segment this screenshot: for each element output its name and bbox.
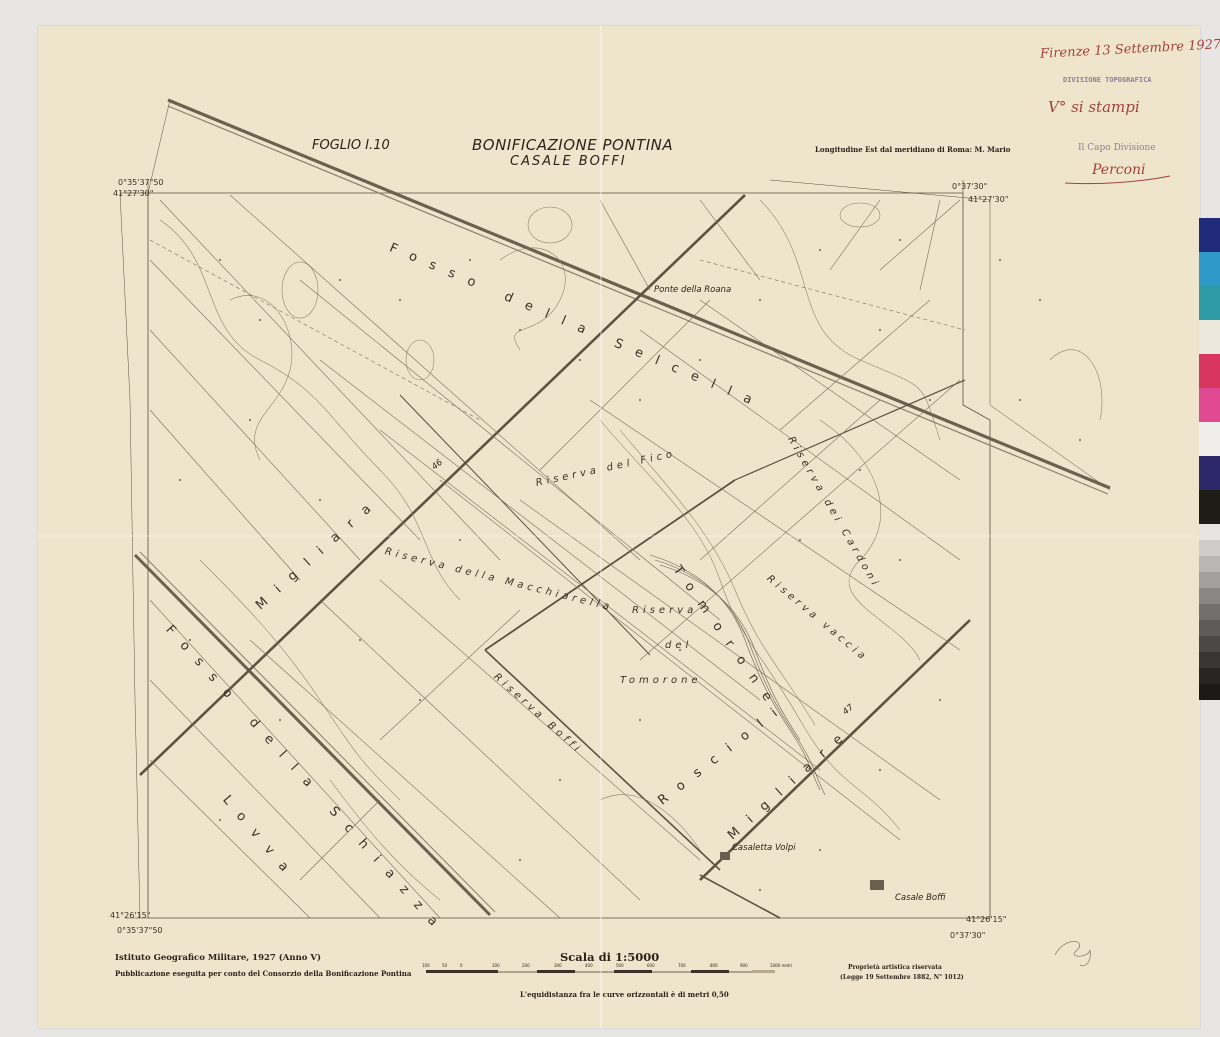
swatch (1199, 218, 1220, 252)
coord-top-left-lat: 41°27'30" (113, 189, 153, 198)
fold-line (38, 535, 1200, 537)
swatch (1199, 572, 1220, 588)
scale-tick: 0 (460, 963, 463, 968)
swatch (1199, 422, 1220, 456)
scale-title: Scala di 1:5000 (560, 950, 659, 964)
swatch (1199, 320, 1220, 354)
scale-tick: 50 (442, 963, 447, 968)
swatch (1199, 652, 1220, 668)
signature: Perconi (1092, 162, 1146, 178)
label-riserva-tomorone-1: Riserva (632, 605, 697, 616)
rights-note: Proprietà artistica riservata (848, 964, 942, 971)
label-riserva-tomorone-2: del (665, 640, 692, 651)
coord-bottom-left-lat: 41°26'15" (110, 911, 150, 920)
swatch (1199, 524, 1220, 540)
swatch (1199, 286, 1220, 320)
map-subtitle: CASALE BOFFI (510, 154, 627, 169)
longitude-note: Longitudine Est dal meridiano di Roma: M… (815, 145, 1010, 154)
handwritten-approval: V° si stampi (1048, 98, 1140, 116)
swatch (1199, 684, 1220, 700)
contour-interval-note: L'equidistanza fra le curve orizzontali … (520, 990, 729, 999)
scale-tick: 900 (740, 963, 748, 968)
publisher-credit: Istituto Geografico Militare, 1927 (Anno… (115, 953, 321, 963)
swatch (1199, 490, 1220, 524)
scale-tick: 700 (678, 963, 686, 968)
publication-note: Pubblicazione eseguita per conto del Con… (115, 969, 411, 978)
scale-tick: 800 (710, 963, 718, 968)
coord-top-right-lat: 41°27'30" (968, 195, 1008, 204)
coord-bottom-right-lon: 0°37'30" (950, 931, 985, 940)
swatch (1199, 388, 1220, 422)
swatch (1199, 354, 1220, 388)
swatch (1199, 636, 1220, 652)
stamp-division: DIVISIONE TOPOGRAFICA (1063, 76, 1152, 84)
place-ponte-della-roana: Ponte della Roana (654, 285, 731, 295)
label-riserva-tomorone-3: Tomorone (620, 675, 702, 686)
map-title: BONIFICAZIONE PONTINA (472, 136, 673, 154)
coord-bottom-left-lon: 0°35'37"50 (117, 926, 163, 935)
swatch (1199, 456, 1220, 490)
swatch (1199, 620, 1220, 636)
scale-tick: 100 (492, 963, 500, 968)
scale-tick: 400 (585, 963, 593, 968)
fold-line (600, 26, 602, 1028)
color-calibration-strip (1199, 218, 1220, 700)
swatch (1199, 588, 1220, 604)
scale-ticks: 100 50 0 100 200 300 400 500 600 700 800… (422, 963, 802, 971)
place-casale-boffi: Casale Boffi (895, 893, 946, 903)
scale-tick: 300 (554, 963, 562, 968)
swatch (1199, 252, 1220, 286)
stamp-chief: Il Capo Divisione (1078, 143, 1156, 153)
swatch (1199, 540, 1220, 556)
sheet-number: FOGLIO I.10 (312, 138, 390, 153)
scale-tick: 100 (422, 963, 430, 968)
scale-tick: 500 (616, 963, 624, 968)
swatch (1199, 604, 1220, 620)
scale-tick: 1000 metri (770, 963, 792, 968)
coord-top-left-lon: 0°35'37"50 (118, 178, 164, 187)
coord-top-right-lon: 0°37'30" (952, 182, 987, 191)
rights-law: (Legge 19 Settembre 1882, N° 1012) (840, 974, 964, 981)
swatch (1199, 556, 1220, 572)
scale-tick: 600 (647, 963, 655, 968)
place-casaletta-volpi: Casaletta Volpi (732, 843, 796, 853)
scale-tick: 200 (522, 963, 530, 968)
swatch (1199, 668, 1220, 684)
coord-bottom-right-lat: 41°26'15" (966, 915, 1006, 924)
